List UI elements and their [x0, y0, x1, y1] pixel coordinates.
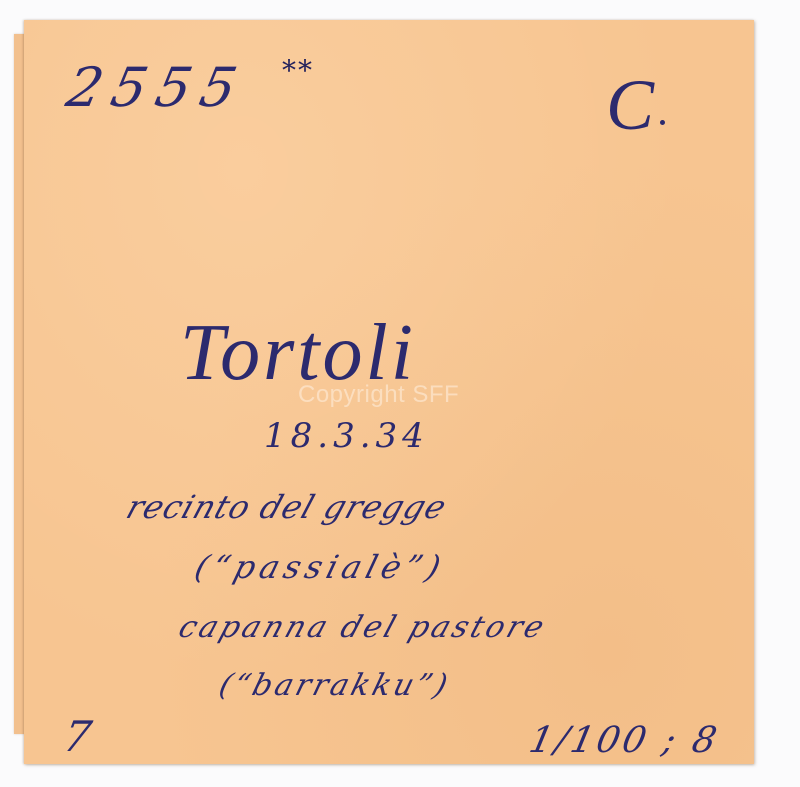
- scale-note: 1/100 ; 8: [526, 720, 723, 761]
- catalog-number: 2555: [61, 56, 252, 119]
- date: 18.3.34: [264, 416, 429, 456]
- description-line: (“barrakku”): [215, 668, 454, 703]
- category-dot: [660, 120, 665, 125]
- scan-background: 2555 ** C Tortoli Copyright SFF 18.3.34 …: [0, 0, 800, 787]
- category-letter: C: [606, 64, 655, 147]
- description-line: recinto del gregge: [122, 488, 452, 526]
- description-line: capanna del pastore: [174, 610, 551, 645]
- sheet-number: 7: [60, 712, 96, 761]
- star-marks-icon: **: [282, 54, 314, 87]
- paper-label: 2555 ** C Tortoli Copyright SFF 18.3.34 …: [24, 20, 754, 764]
- copyright-watermark: Copyright SFF: [298, 381, 459, 409]
- description-line: (“passialè”): [191, 548, 450, 586]
